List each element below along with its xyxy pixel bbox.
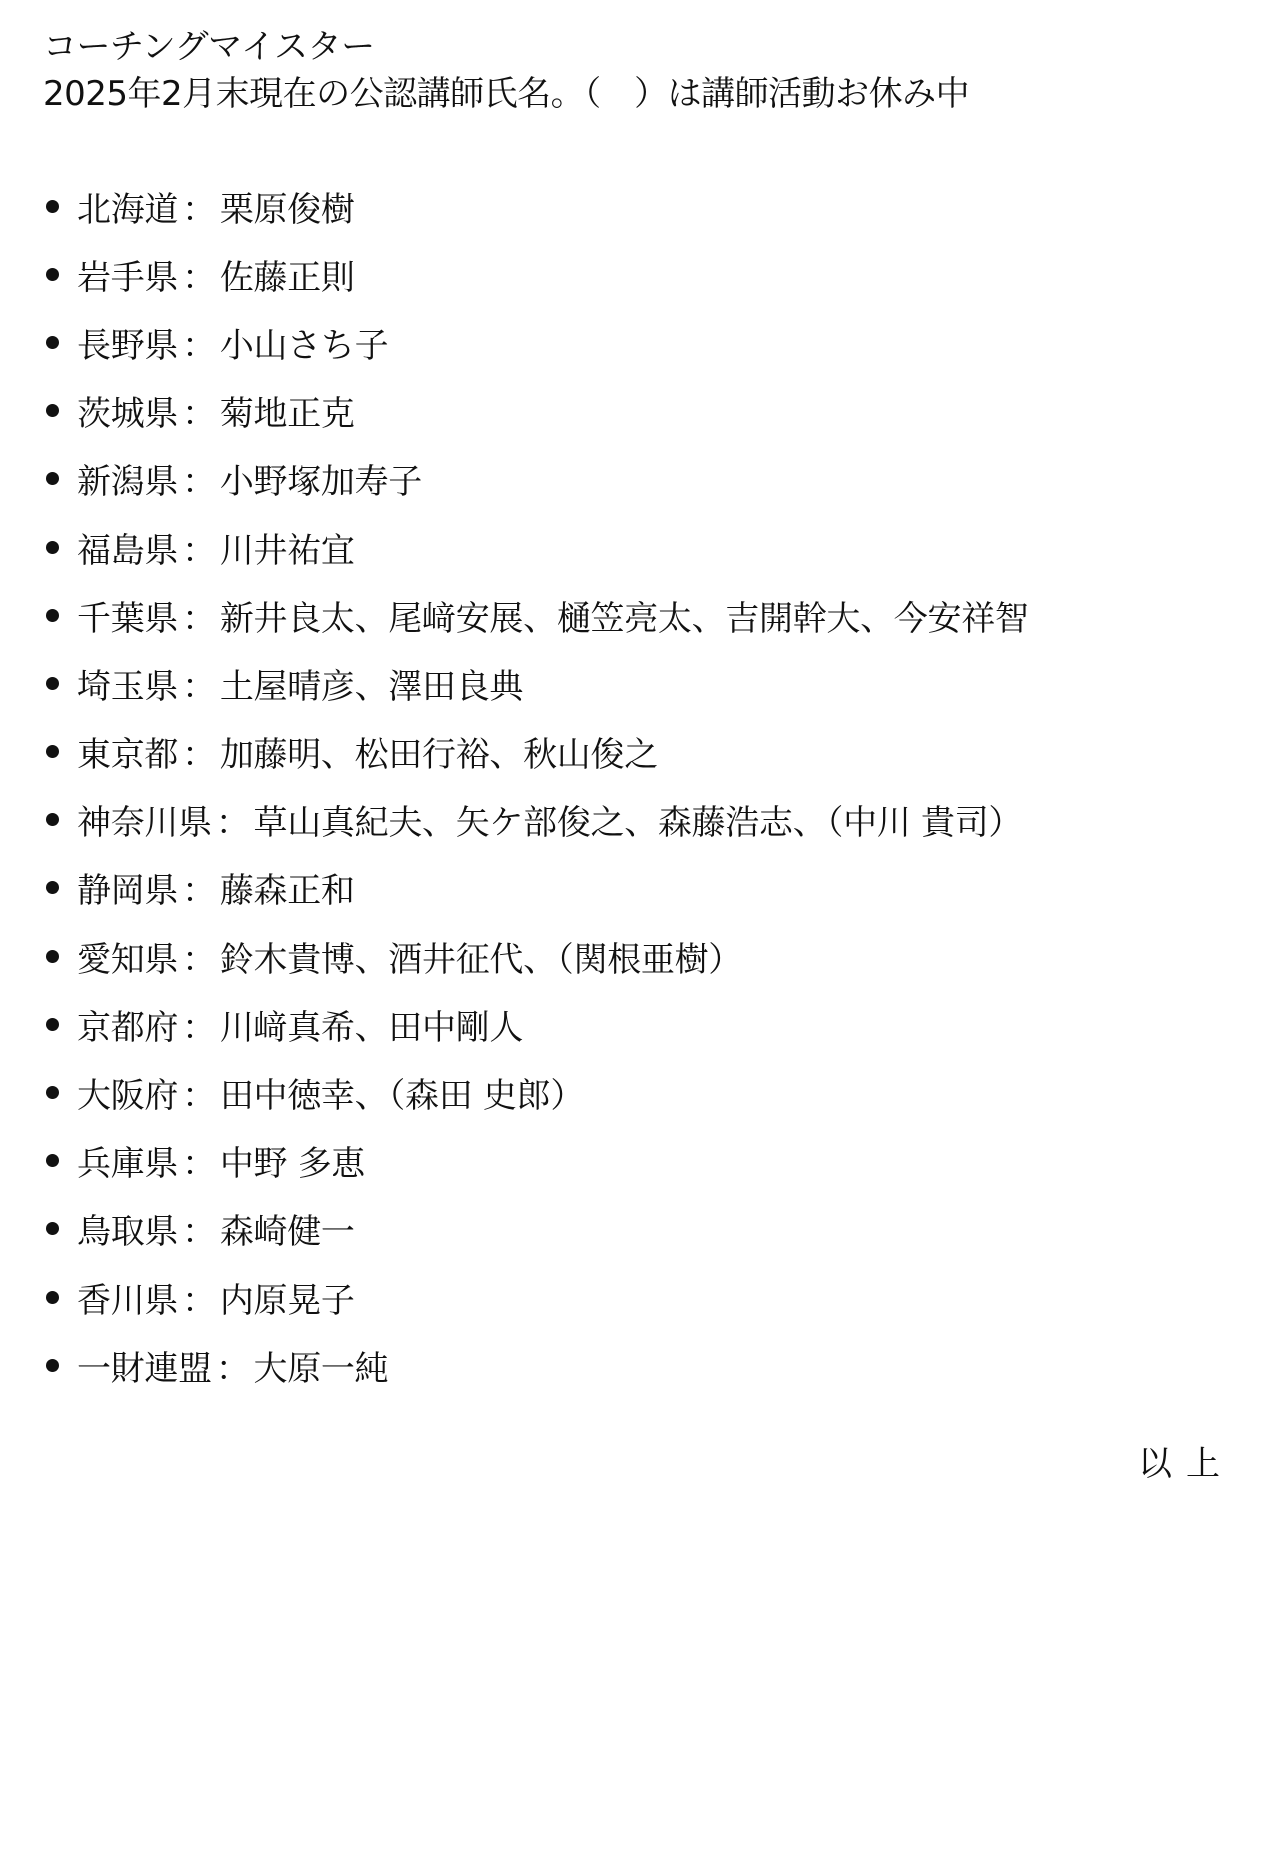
region-label: 北海道 (77, 182, 178, 231)
list-item: 鳥取県：森崎健一 (43, 1195, 1029, 1263)
region-label: 長野県 (77, 318, 178, 367)
instructor-names: 中野 多恵 (220, 1136, 365, 1185)
instructor-names: 小山さち子 (220, 318, 389, 367)
list-item: 福島県：川井祐宜 (43, 513, 1029, 581)
instructor-list: 北海道：栗原俊樹 岩手県：佐藤正則 長野県：小山さち子 茨城県：菊地正克 新潟県… (43, 172, 1029, 1399)
bullet-icon (46, 404, 59, 417)
bullet-icon (46, 1359, 59, 1372)
instructor-names: 森崎健一 (220, 1204, 355, 1253)
separator: ： (182, 1000, 216, 1049)
bullet-icon (46, 813, 59, 826)
separator: ： (182, 1068, 216, 1117)
region-label: 神奈川県 (77, 795, 212, 844)
bullet-icon (46, 1154, 59, 1167)
list-item: 静岡県：藤森正和 (43, 854, 1029, 922)
bullet-icon (46, 541, 59, 554)
bullet-icon (46, 472, 59, 485)
separator: ： (182, 318, 216, 367)
bullet-icon (46, 609, 59, 622)
bullet-icon (46, 1086, 59, 1099)
bullet-icon (46, 336, 59, 349)
instructor-names: 大原一純 (254, 1341, 389, 1390)
separator: ： (216, 1341, 250, 1390)
list-item: 北海道：栗原俊樹 (43, 172, 1029, 240)
closing-remark: 以上 (1138, 1436, 1234, 1485)
list-item: 千葉県：新井良太、尾﨑安展、樋笠亮太、吉開幹大、今安祥智 (43, 581, 1029, 649)
bullet-icon (46, 268, 59, 281)
separator: ： (182, 523, 216, 572)
document-title: コーチングマイスター (43, 24, 969, 71)
region-label: 東京都 (77, 727, 178, 776)
region-label: 京都府 (77, 1000, 178, 1049)
separator: ： (182, 727, 216, 776)
list-item: 京都府：川﨑真希、田中剛人 (43, 990, 1029, 1058)
separator: ： (182, 932, 216, 981)
region-label: 愛知県 (77, 932, 178, 981)
region-label: 香川県 (77, 1273, 178, 1322)
bullet-icon (46, 677, 59, 690)
list-item: 一財連盟：大原一純 (43, 1331, 1029, 1399)
region-label: 兵庫県 (77, 1136, 178, 1185)
region-label: 大阪府 (77, 1068, 178, 1117)
bullet-icon (46, 1222, 59, 1235)
list-item: 岩手県：佐藤正則 (43, 240, 1029, 308)
bullet-icon (46, 200, 59, 213)
list-item: 東京都：加藤明、松田行裕、秋山俊之 (43, 718, 1029, 786)
separator: ： (182, 1136, 216, 1185)
region-label: 一財連盟 (77, 1341, 212, 1390)
instructor-names: 小野塚加寿子 (220, 454, 422, 503)
bullet-icon (46, 1291, 59, 1304)
bullet-icon (46, 950, 59, 963)
instructor-names: 藤森正和 (220, 863, 355, 912)
instructor-names: 草山真紀夫、矢ケ部俊之、森藤浩志、（中川 貴司） (254, 795, 1023, 844)
region-label: 茨城県 (77, 386, 178, 435)
document-subtitle: 2025年2月末現在の公認講師氏名。（ ）は講師活動お休み中 (43, 71, 969, 118)
region-label: 福島県 (77, 523, 178, 572)
document-header: コーチングマイスター 2025年2月末現在の公認講師氏名。（ ）は講師活動お休み… (43, 24, 969, 118)
instructor-names: 土屋晴彦、澤田良典 (220, 659, 523, 708)
instructor-names: 佐藤正則 (220, 250, 355, 299)
separator: ： (182, 386, 216, 435)
bullet-icon (46, 881, 59, 894)
separator: ： (182, 250, 216, 299)
separator: ： (182, 659, 216, 708)
region-label: 千葉県 (77, 591, 178, 640)
instructor-names: 川井祐宜 (220, 523, 355, 572)
list-item: 新潟県：小野塚加寿子 (43, 445, 1029, 513)
list-item: 兵庫県：中野 多恵 (43, 1127, 1029, 1195)
instructor-names: 川﨑真希、田中剛人 (220, 1000, 523, 1049)
list-item: 愛知県：鈴木貴博、酒井征代、（関根亜樹） (43, 922, 1029, 990)
separator: ： (182, 1273, 216, 1322)
region-label: 新潟県 (77, 454, 178, 503)
list-item: 神奈川県：草山真紀夫、矢ケ部俊之、森藤浩志、（中川 貴司） (43, 786, 1029, 854)
instructor-names: 加藤明、松田行裕、秋山俊之 (220, 727, 658, 776)
instructor-names: 栗原俊樹 (220, 182, 355, 231)
bullet-icon (46, 1018, 59, 1031)
region-label: 鳥取県 (77, 1204, 178, 1253)
region-label: 岩手県 (77, 250, 178, 299)
instructor-names: 菊地正克 (220, 386, 355, 435)
list-item: 埼玉県：土屋晴彦、澤田良典 (43, 649, 1029, 717)
region-label: 静岡県 (77, 863, 178, 912)
instructor-names: 新井良太、尾﨑安展、樋笠亮太、吉開幹大、今安祥智 (220, 591, 1029, 640)
separator: ： (216, 795, 250, 844)
list-item: 長野県：小山さち子 (43, 308, 1029, 376)
separator: ： (182, 591, 216, 640)
separator: ： (182, 1204, 216, 1253)
separator: ： (182, 454, 216, 503)
separator: ： (182, 863, 216, 912)
instructor-names: 内原晃子 (220, 1273, 355, 1322)
list-item: 茨城県：菊地正克 (43, 377, 1029, 445)
region-label: 埼玉県 (77, 659, 178, 708)
bullet-icon (46, 745, 59, 758)
instructor-names: 田中徳幸、（森田 史郎） (220, 1068, 584, 1117)
instructor-names: 鈴木貴博、酒井征代、（関根亜樹） (220, 932, 742, 981)
list-item: 大阪府：田中徳幸、（森田 史郎） (43, 1058, 1029, 1126)
list-item: 香川県：内原晃子 (43, 1263, 1029, 1331)
separator: ： (182, 182, 216, 231)
